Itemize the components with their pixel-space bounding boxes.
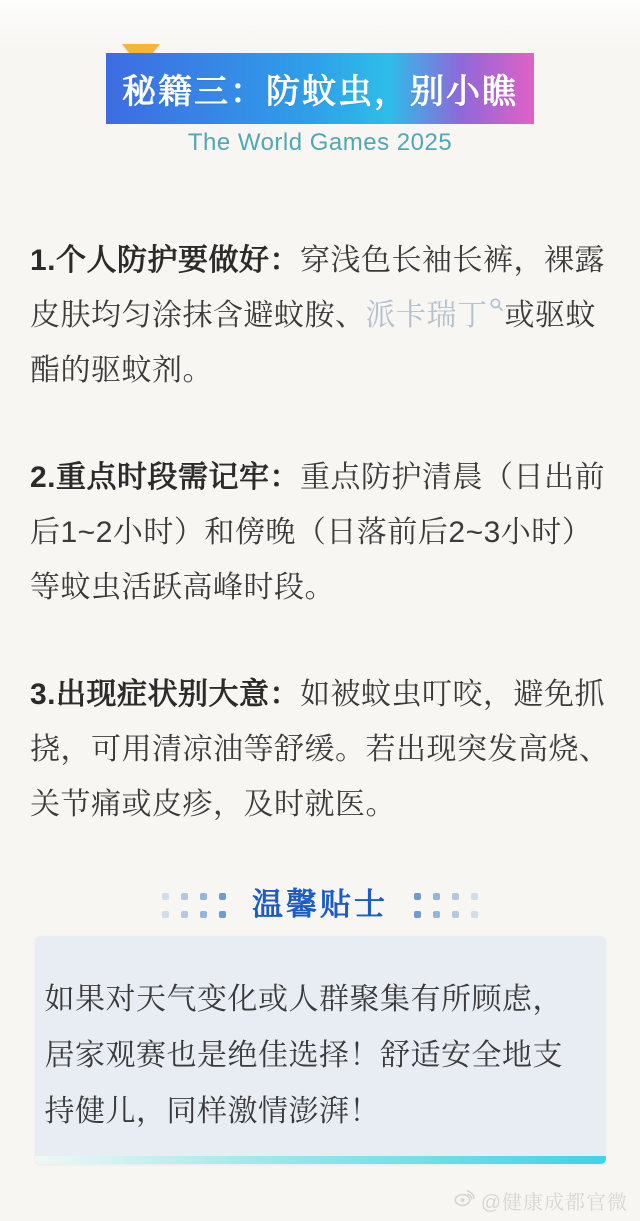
search-icon[interactable]	[489, 287, 505, 320]
tip-2-label: 2.重点时段需记牢：	[30, 461, 300, 494]
dots-decoration-left	[162, 893, 226, 918]
dots-decoration-right	[414, 893, 478, 918]
notice-heading-label: 温馨贴士	[252, 887, 388, 923]
event-subtitle: The World Games 2025	[0, 129, 640, 157]
notice-heading: 温馨贴士	[0, 887, 640, 923]
tips-list: 1.个人防护要做好：穿浅色长袖长裤，裸露皮肤均匀涂抹含避蚊胺、派卡瑞丁或驱蚊酯的…	[0, 233, 640, 832]
term-link-label[interactable]: 派卡瑞丁	[366, 299, 488, 332]
header: 秘籍三：防蚊虫，别小瞧 The World Games 2025	[0, 0, 640, 157]
watermark: @健康成都官微	[453, 1185, 628, 1215]
tip-item-3: 3.出现症状别大意：如被蚊虫叮咬，避免抓挠，可用清凉油等舒缓。若出现突发高烧、关…	[30, 667, 610, 832]
tip-item-2: 2.重点时段需记牢：重点防护清晨（日出前后1~2小时）和傍晚（日落前后2~3小时…	[30, 450, 610, 615]
section-title-banner: 秘籍三：防蚊虫，别小瞧	[106, 53, 534, 124]
watermark-text: @健康成都官微	[481, 1186, 628, 1215]
cyan-accent-bar	[35, 1156, 606, 1164]
banner-title: 秘籍三：防蚊虫，别小瞧	[122, 64, 518, 113]
weibo-icon	[453, 1185, 477, 1215]
tip-3-label: 3.出现症状别大意：	[30, 678, 300, 711]
tip-item-1: 1.个人防护要做好：穿浅色长袖长裤，裸露皮肤均匀涂抹含避蚊胺、派卡瑞丁或驱蚊酯的…	[30, 233, 610, 398]
poster-page: 秘籍三：防蚊虫，别小瞧 The World Games 2025 1.个人防护要…	[0, 0, 640, 1221]
notice-box: 如果对天气变化或人群聚集有所顾虑，居家观赛也是绝佳选择！舒适安全地支持健儿，同样…	[35, 936, 606, 1164]
tip-1-label: 1.个人防护要做好：	[30, 244, 300, 277]
term-link-picaridin[interactable]: 派卡瑞丁	[366, 299, 505, 332]
notice-body-text: 如果对天气变化或人群聚集有所顾虑，居家观赛也是绝佳选择！舒适安全地支持健儿，同样…	[35, 936, 606, 1156]
